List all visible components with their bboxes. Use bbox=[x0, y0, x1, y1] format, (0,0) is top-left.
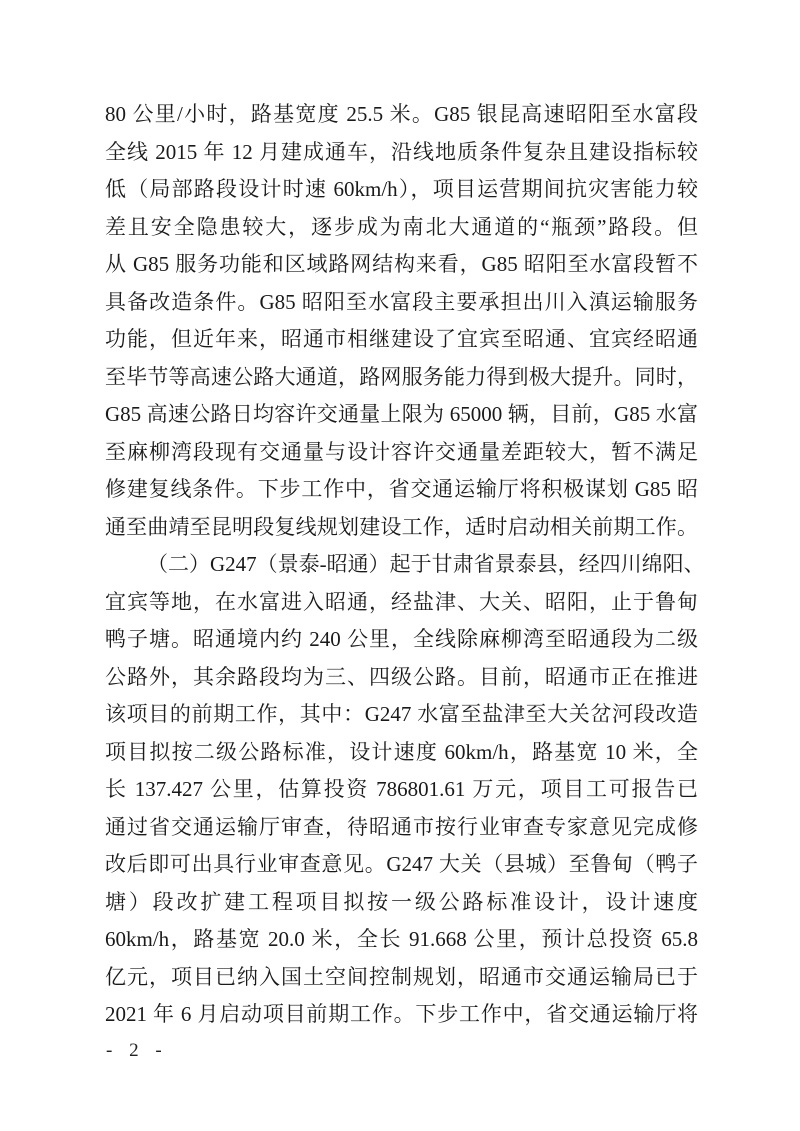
document-page: 80 公里/小时，路基宽度 25.5 米。G85 银昆高速昭阳至水富段全线 20… bbox=[0, 0, 800, 1131]
text-line: 项目拟按二级公路标准，设计速度 60km/h，路基宽 10 米，全 bbox=[105, 734, 698, 772]
paragraph: （二）G247（景泰-昭通）起于甘肃省景泰县，经四川绵阳、宜宾等地，在水富进入昭… bbox=[105, 546, 698, 1034]
text-line: 差且安全隐患较大，逐步成为南北大通道的“瓶颈”路段。但 bbox=[105, 209, 698, 247]
text-line: 宜宾等地，在水富进入昭通，经盐津、大关、昭阳，止于鲁甸 bbox=[105, 584, 698, 622]
text-line: 鸭子塘。昭通境内约 240 公里，全线除麻柳湾至昭通段为二级 bbox=[105, 621, 698, 659]
body-text: 80 公里/小时，路基宽度 25.5 米。G85 银昆高速昭阳至水富段全线 20… bbox=[105, 96, 698, 1034]
text-line: 具备改造条件。G85 昭阳至水富段主要承担出川入滇运输服务 bbox=[105, 284, 698, 322]
text-line: G85 高速公路日均容许交通量上限为 65000 辆，目前，G85 水富 bbox=[105, 396, 698, 434]
text-line: 60km/h，路基宽 20.0 米，全长 91.668 公里，预计总投资 65.… bbox=[105, 921, 698, 959]
text-line: 功能，但近年来，昭通市相继建设了宜宾至昭通、宜宾经昭通 bbox=[105, 321, 698, 359]
text-line: 长 137.427 公里，估算投资 786801.61 万元，项目工可报告已 bbox=[105, 771, 698, 809]
text-line: 通过省交通运输厅审查，待昭通市按行业审查专家意见完成修 bbox=[105, 809, 698, 847]
text-line: 通至曲靖至昆明段复线规划建设工作，适时启动相关前期工作。 bbox=[105, 509, 698, 547]
text-line: 至麻柳湾段现有交通量与设计容许交通量差距较大，暂不满足 bbox=[105, 434, 698, 472]
text-line: 塘）段改扩建工程项目拟按一级公路标准设计，设计速度 bbox=[105, 884, 698, 922]
text-line: 修建复线条件。下步工作中，省交通运输厅将积极谋划 G85 昭 bbox=[105, 471, 698, 509]
text-line: 全线 2015 年 12 月建成通车，沿线地质条件复杂且建设指标较 bbox=[105, 134, 698, 172]
text-line: 从 G85 服务功能和区域路网结构来看，G85 昭阳至水富段暂不 bbox=[105, 246, 698, 284]
text-line: 80 公里/小时，路基宽度 25.5 米。G85 银昆高速昭阳至水富段 bbox=[105, 96, 698, 134]
page-number: - 2 - bbox=[106, 1040, 168, 1062]
text-line: 至毕节等高速公路大通道，路网服务能力得到极大提升。同时， bbox=[105, 359, 698, 397]
text-line: 2021 年 6 月启动项目前期工作。下步工作中，省交通运输厅将 bbox=[105, 996, 698, 1034]
paragraph: 80 公里/小时，路基宽度 25.5 米。G85 银昆高速昭阳至水富段全线 20… bbox=[105, 96, 698, 546]
text-line: 亿元，项目已纳入国土空间控制规划，昭通市交通运输局已于 bbox=[105, 959, 698, 997]
text-line: （二）G247（景泰-昭通）起于甘肃省景泰县，经四川绵阳、 bbox=[105, 546, 698, 584]
text-line: 低（局部路段设计时速 60km/h），项目运营期间抗灾害能力较 bbox=[105, 171, 698, 209]
text-line: 该项目的前期工作，其中：G247 水富至盐津至大关岔河段改造 bbox=[105, 696, 698, 734]
text-line: 改后即可出具行业审查意见。G247 大关（县城）至鲁甸（鸭子 bbox=[105, 846, 698, 884]
text-line: 公路外，其余路段均为三、四级公路。目前，昭通市正在推进 bbox=[105, 659, 698, 697]
